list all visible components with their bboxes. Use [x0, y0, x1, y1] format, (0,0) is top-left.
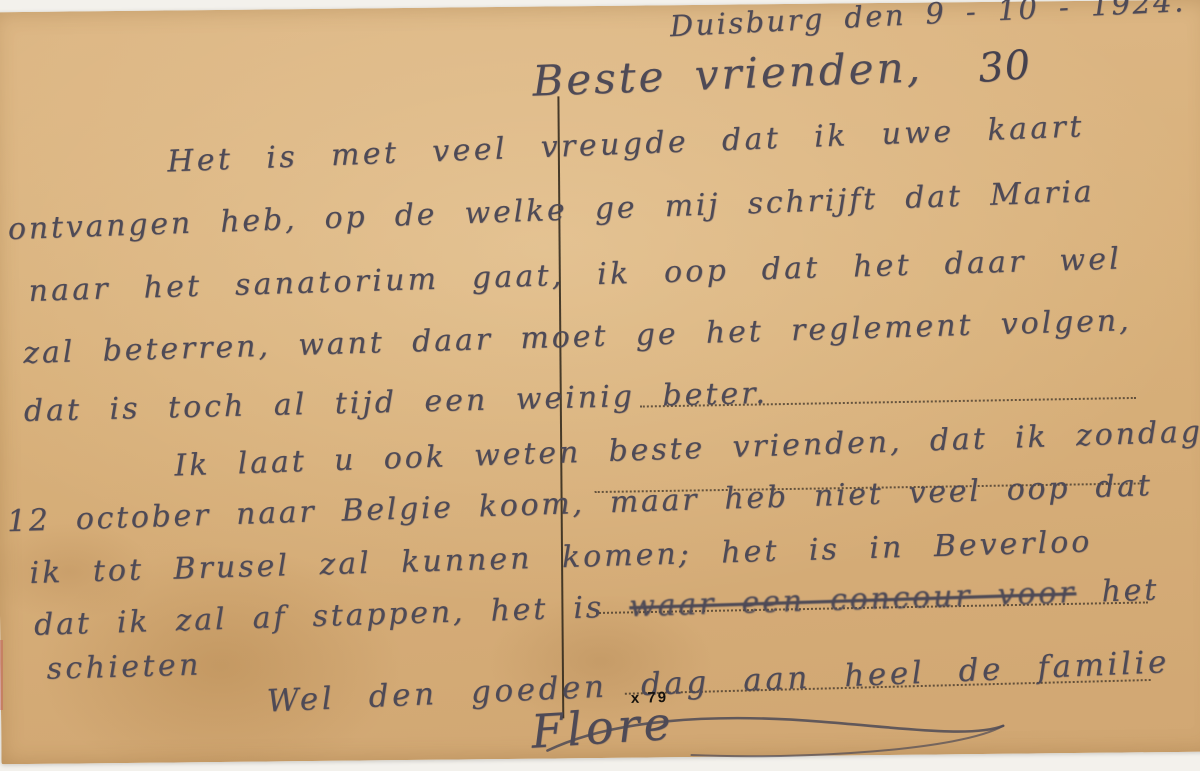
- corner-note: 30: [976, 42, 1032, 92]
- dateline: Duisburg den 9 - 10 - 1924.: [669, 0, 1186, 43]
- letter-line: ontvangen heb, op de welke ge mij schrij…: [7, 174, 1095, 247]
- letter-line: schieten: [46, 647, 202, 686]
- letter-line-text: dat ik zal af stappen, het is: [34, 590, 605, 643]
- letter-line-text: het: [1101, 573, 1160, 610]
- signature-flourish: [541, 708, 1022, 771]
- letter-line: zal beterren, want daar moet ge het regl…: [23, 303, 1132, 371]
- strikethrough-text: waar een concour voor: [629, 575, 1077, 624]
- letter-line: naar het sanatorium gaat, ik oop dat het…: [28, 242, 1122, 309]
- scan-background: { "colors": { "paper": "#d8b17d", "ink":…: [0, 0, 1200, 771]
- letter-line: dat is toch al tijd een weinig beter.: [23, 376, 768, 429]
- letter-line: Het is met veel vreugde dat ik uwe kaart: [167, 109, 1086, 179]
- salutation: Beste vrienden,: [532, 42, 924, 105]
- scan-edge-artifact: [0, 640, 3, 710]
- closing-line: Wel den goeden dag aan heel de familie: [266, 644, 1171, 719]
- postcard: Duisburg den 9 - 10 - 1924. 30 Beste vri…: [0, 0, 1200, 764]
